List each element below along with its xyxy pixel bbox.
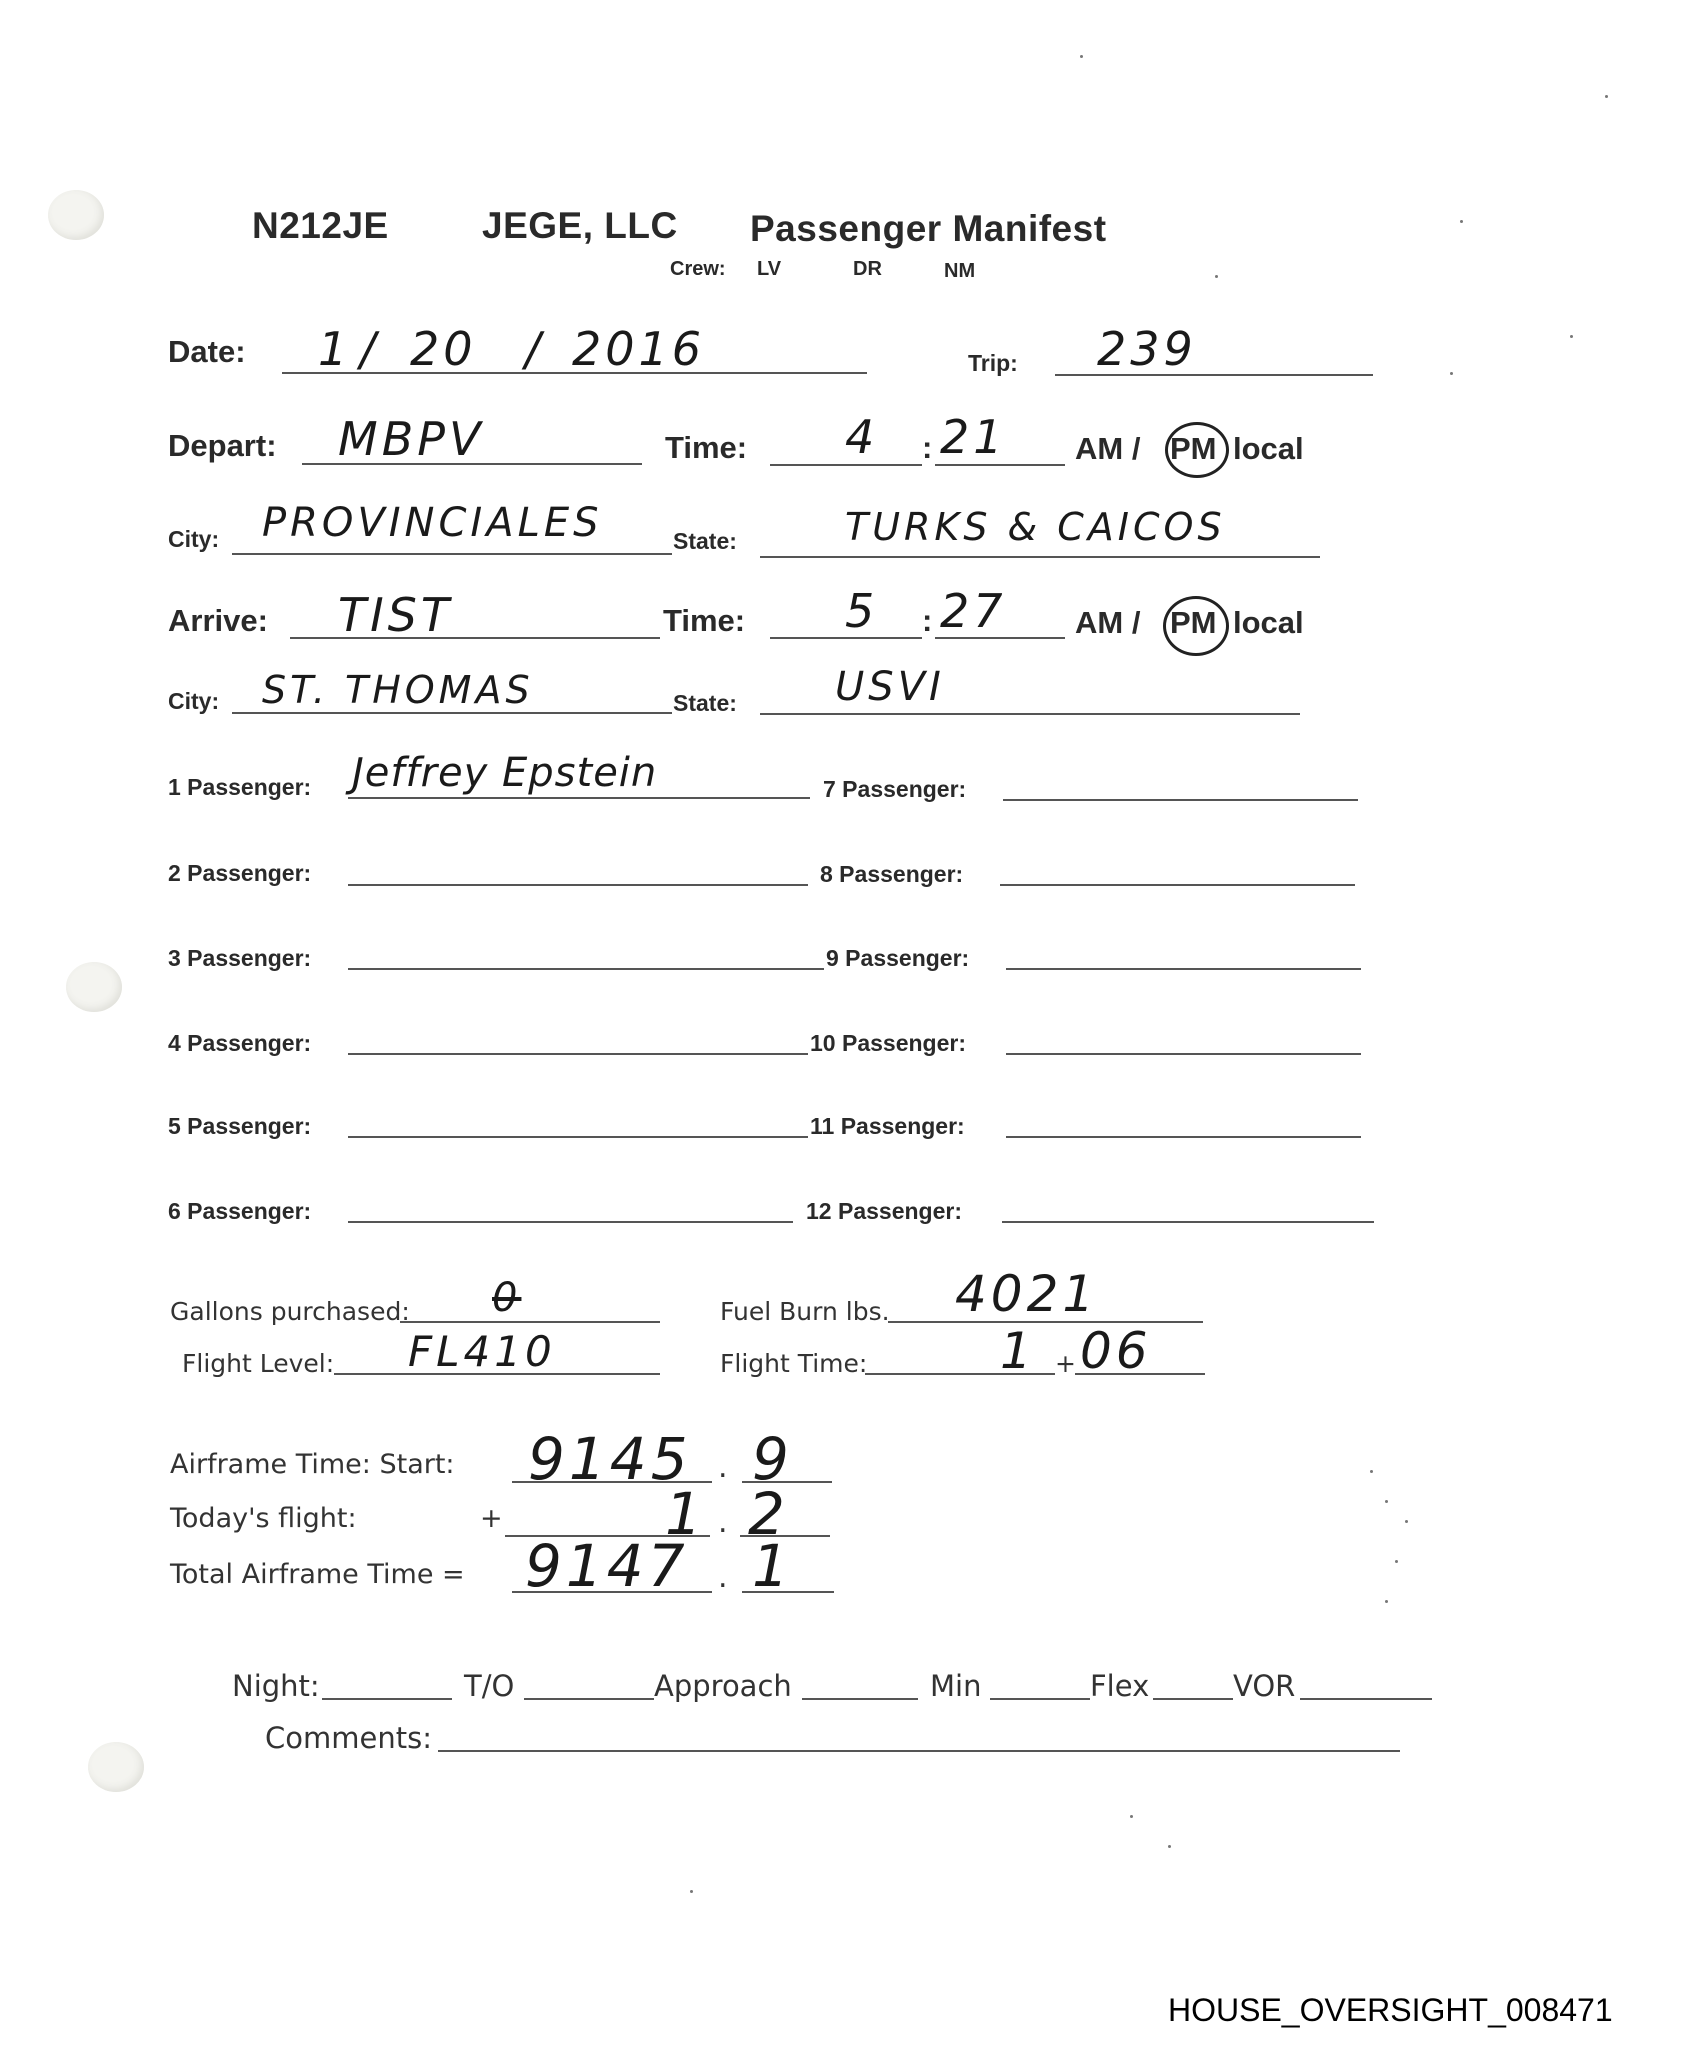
passenger-5-field[interactable] (348, 1136, 808, 1138)
fuel-burn-label: Fuel Burn lbs. (720, 1297, 890, 1326)
form-title: Passenger Manifest (750, 208, 1107, 250)
depart-pm-option[interactable]: PM (1170, 431, 1217, 467)
date-day-field[interactable]: 20 (410, 322, 477, 376)
trip-label: Trip: (968, 350, 1018, 377)
total-airframe-whole-field[interactable]: 9147 (525, 1532, 689, 1600)
flex-label: Flex (1090, 1669, 1149, 1703)
vor-field[interactable] (1300, 1698, 1432, 1700)
tail-number: N212JE (252, 205, 389, 247)
passenger-3-field[interactable] (348, 968, 824, 970)
bates-number: HOUSE_OVERSIGHT_008471 (1168, 1992, 1613, 2029)
passenger-7-label: 7 Passenger: (823, 776, 966, 803)
total-airframe-label: Total Airframe Time = (170, 1559, 465, 1590)
flight-time-minutes-field[interactable]: 06 (1080, 1322, 1152, 1380)
depart-time-label: Time: (665, 430, 747, 466)
flex-field[interactable] (1153, 1698, 1233, 1700)
binder-hole (88, 1742, 144, 1792)
passenger-10-label: 10 Passenger: (810, 1030, 966, 1057)
vor-label: VOR (1233, 1669, 1295, 1703)
depart-hour-field[interactable]: 4 (845, 410, 878, 464)
min-label: Min (930, 1669, 981, 1703)
arrive-time-label: Time: (663, 603, 745, 639)
total-airframe-tenth-field[interactable]: 1 (752, 1532, 793, 1600)
arrive-minute-field[interactable]: 27 (940, 584, 1007, 638)
depart-city-field[interactable]: PROVINCIALES (262, 500, 603, 546)
arrive-airport-field[interactable]: TIST (338, 588, 453, 642)
gallons-purchased-label: Gallons purchased: (170, 1297, 410, 1326)
min-field[interactable] (990, 1698, 1090, 1700)
arrive-city-label: City: (168, 688, 219, 715)
arrive-city-field[interactable]: ST. THOMAS (262, 668, 534, 712)
fuel-burn-field[interactable]: 4021 (955, 1265, 1098, 1323)
passenger-9-field[interactable] (1006, 968, 1361, 970)
date-month-field[interactable]: 1 (318, 322, 351, 376)
passenger-10-field[interactable] (1006, 1053, 1361, 1055)
passenger-11-field[interactable] (1006, 1136, 1361, 1138)
arrive-am-label: AM / (1075, 605, 1140, 641)
arrive-hour-field[interactable]: 5 (845, 584, 878, 638)
passenger-1-signature[interactable]: Jeffrey Epstein (352, 750, 657, 796)
passenger-6-label: 6 Passenger: (168, 1198, 311, 1225)
trip-number-field[interactable]: 239 (1097, 322, 1197, 376)
passenger-4-label: 4 Passenger: (168, 1030, 311, 1057)
approach-field[interactable] (802, 1698, 918, 1700)
depart-minute-field[interactable]: 21 (940, 410, 1007, 464)
gallons-purchased-field[interactable]: 0 (492, 1275, 521, 1321)
flight-time-separator: + (1055, 1349, 1076, 1378)
flight-time-label: Flight Time: (720, 1349, 867, 1378)
arrive-state-field[interactable]: USVI (835, 664, 945, 710)
todays-flight-label: Today's flight: (170, 1503, 357, 1534)
comments-field[interactable] (438, 1750, 1400, 1752)
date-label: Date: (168, 334, 246, 370)
arrive-state-label: State: (673, 690, 737, 717)
passenger-4-field[interactable] (348, 1053, 808, 1055)
arrive-local-label: local (1233, 605, 1304, 641)
flight-level-field[interactable]: FL410 (408, 1327, 556, 1376)
crew-member: LV (757, 258, 781, 281)
flight-level-label: Flight Level: (182, 1349, 334, 1378)
arrive-label: Arrive: (168, 603, 268, 639)
company-name: JEGE, LLC (482, 205, 678, 247)
crew-member: NM (944, 260, 975, 283)
passenger-1-label: 1 Passenger: (168, 774, 311, 801)
passenger-12-label: 12 Passenger: (806, 1198, 962, 1225)
binder-hole (66, 962, 122, 1012)
passenger-9-label: 9 Passenger: (826, 945, 969, 972)
depart-local-label: local (1233, 431, 1304, 467)
passenger-7-field[interactable] (1003, 799, 1358, 801)
depart-city-label: City: (168, 526, 219, 553)
passenger-3-label: 3 Passenger: (168, 945, 311, 972)
date-year-field[interactable]: 2016 (572, 322, 705, 376)
depart-state-field[interactable]: TURKS & CAICOS (845, 505, 1226, 549)
depart-label: Depart: (168, 428, 277, 464)
takeoff-field[interactable] (524, 1698, 654, 1700)
passenger-5-label: 5 Passenger: (168, 1113, 311, 1140)
night-field[interactable] (322, 1698, 452, 1700)
comments-label: Comments: (265, 1721, 432, 1755)
passenger-2-field[interactable] (348, 884, 808, 886)
todays-flight-plus: + (480, 1503, 503, 1534)
binder-hole (48, 190, 104, 240)
passenger-11-label: 11 Passenger: (810, 1113, 965, 1140)
passenger-8-field[interactable] (1000, 884, 1355, 886)
crew-label: Crew: (670, 258, 726, 281)
passenger-6-field[interactable] (348, 1221, 793, 1223)
depart-airport-field[interactable]: MBPV (338, 412, 484, 466)
night-label: Night: (232, 1669, 320, 1703)
takeoff-label: T/O (464, 1669, 514, 1703)
arrive-pm-option[interactable]: PM (1170, 605, 1217, 641)
approach-label: Approach (654, 1669, 792, 1703)
crew-member: DR (853, 258, 882, 281)
passenger-12-field[interactable] (1002, 1221, 1374, 1223)
passenger-8-label: 8 Passenger: (820, 861, 963, 888)
airframe-start-label: Airframe Time: Start: (170, 1449, 455, 1480)
depart-am-label: AM / (1075, 431, 1140, 467)
depart-state-label: State: (673, 528, 737, 555)
flight-time-hours-field[interactable]: 1 (1000, 1322, 1036, 1380)
passenger-2-label: 2 Passenger: (168, 860, 311, 887)
